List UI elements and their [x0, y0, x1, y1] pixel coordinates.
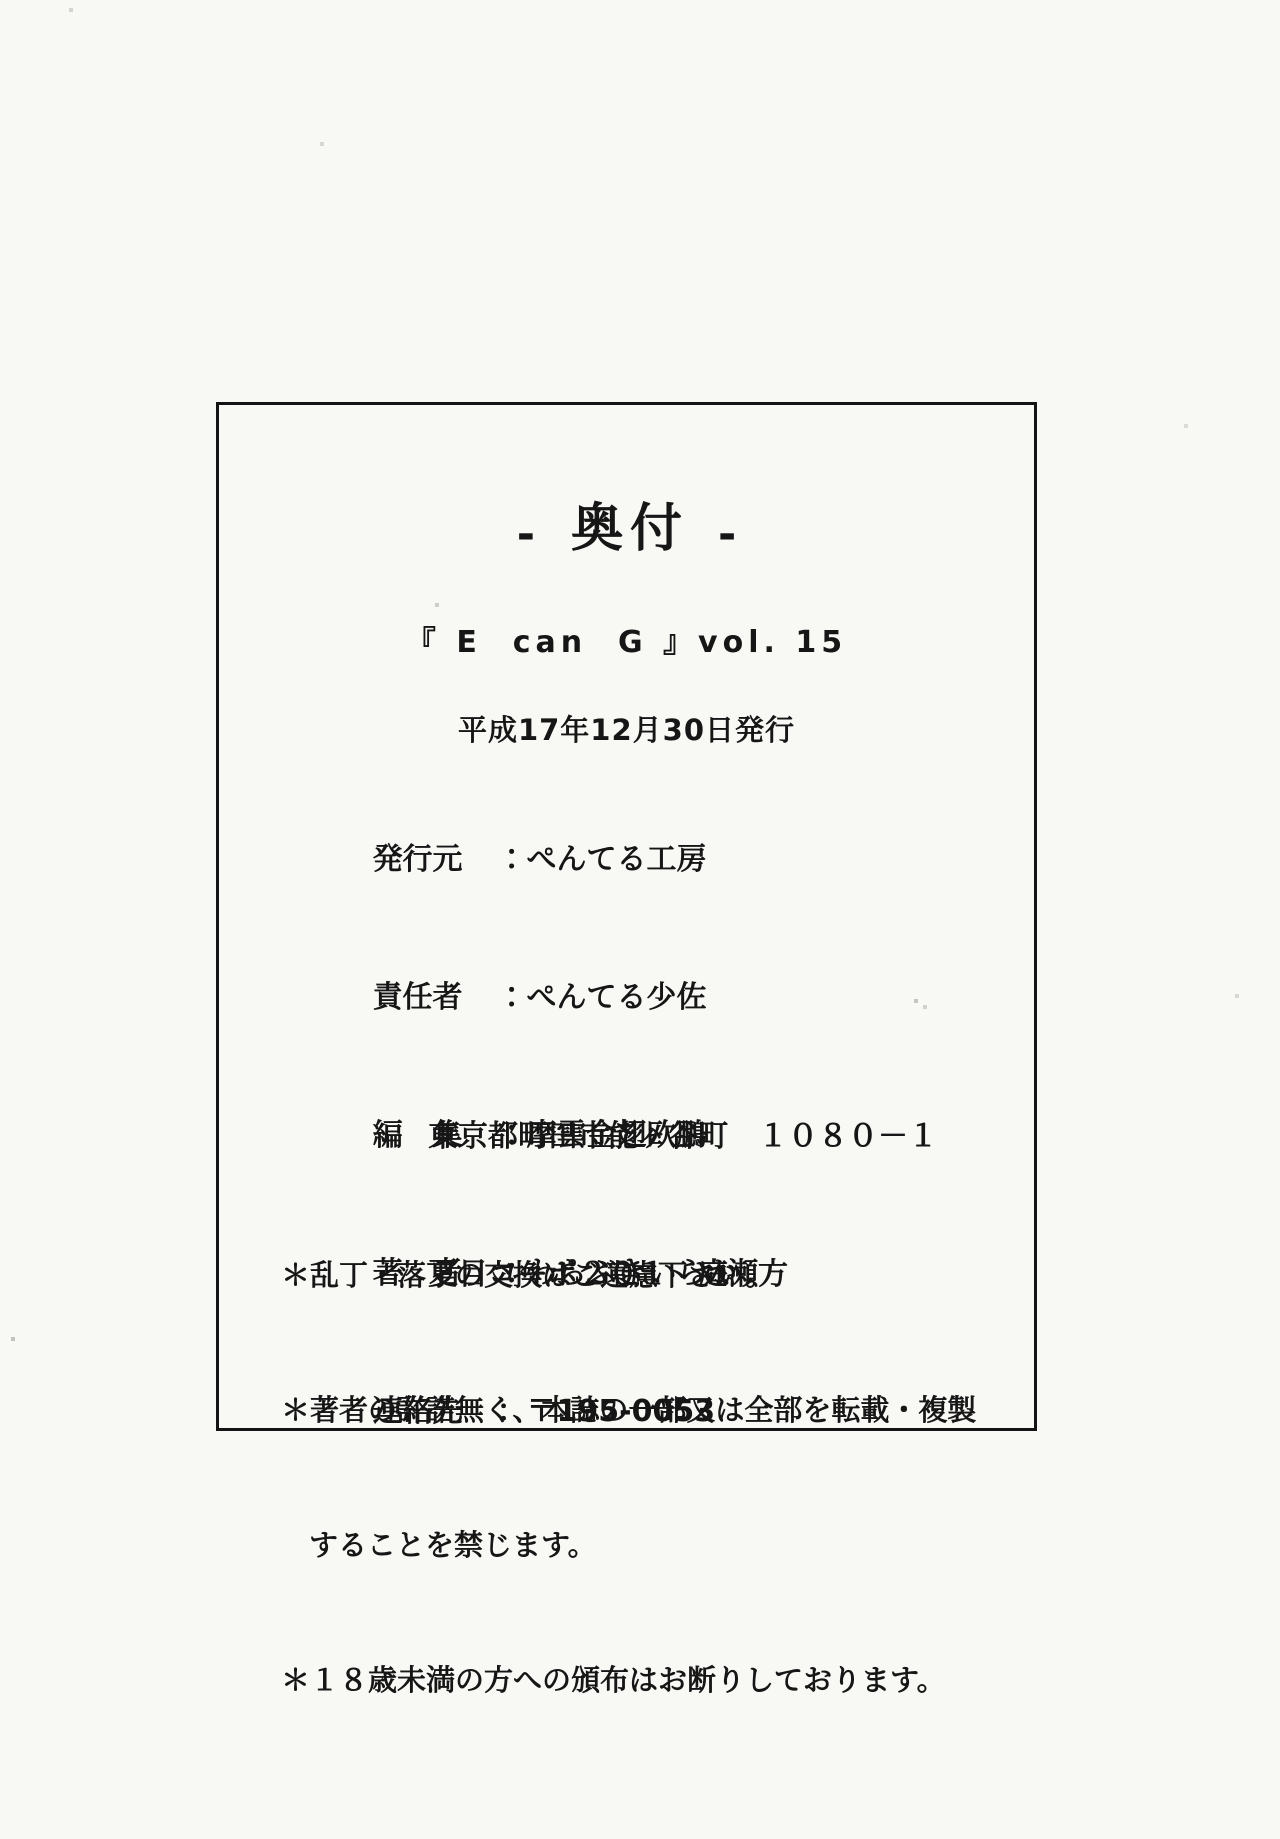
- publish-date: 平成17年12月30日発行: [219, 708, 1034, 749]
- doujin-series-title: 『 E can G 』vol. 15: [219, 617, 1034, 661]
- info-label: 責任者: [373, 975, 497, 1021]
- info-row-publisher: 発行元：ぺんてる工房: [289, 791, 737, 929]
- info-value: ：ぺんてる工房: [497, 842, 707, 877]
- info-value: ：ぺんてる少佐: [497, 980, 707, 1015]
- colophon-title: 奥付: [571, 501, 689, 557]
- note-line: ＊１８歳未満の方への頒布はお断りしております。: [281, 1658, 976, 1703]
- info-label: 発行元: [373, 837, 497, 883]
- note-line: ＊著者の許諾無く、本誌の一部又は全部を転載・複製: [281, 1388, 976, 1433]
- legal-notes-block: ＊乱丁・落丁の交換はご遠慮下さい。 ＊著者の許諾無く、本誌の一部又は全部を転載・…: [281, 1163, 976, 1793]
- colophon-frame: - 奥付 - 『 E can G 』vol. 15 平成17年12月30日発行 …: [216, 402, 1037, 1431]
- colophon-title-row: - 奥付 -: [219, 501, 1034, 557]
- note-line: ＊乱丁・落丁の交換はご遠慮下さい。: [281, 1253, 976, 1298]
- address-line: 東京都町田市能ヶ谷町 １０８０－１: [428, 1114, 938, 1160]
- title-left-dash: -: [517, 507, 535, 563]
- note-line-continuation: することを禁じます。: [309, 1523, 976, 1568]
- scan-noise-speckles: [0, 0, 2, 2]
- scanned-page: - 奥付 - 『 E can G 』vol. 15 平成17年12月30日発行 …: [0, 0, 1280, 1839]
- title-right-dash: -: [718, 507, 736, 563]
